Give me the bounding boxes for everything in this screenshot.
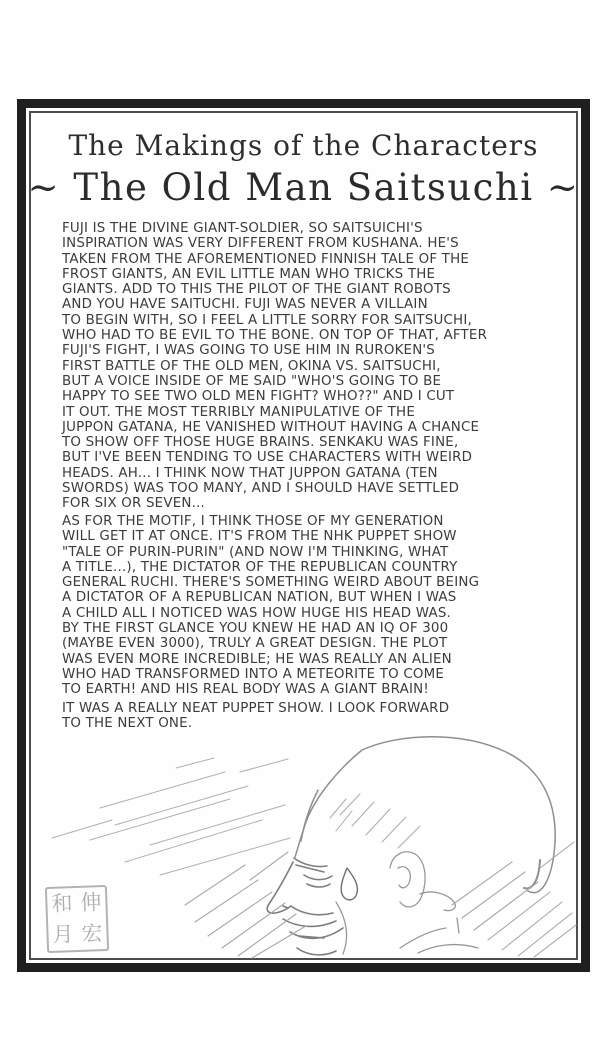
text-line: FOR SIX OR SEVEN...	[62, 496, 562, 511]
seal-kanji: 宏	[77, 918, 107, 950]
text-line: SWORDS) WAS TOO MANY, AND I SHOULD HAVE …	[62, 481, 562, 496]
text-line: TO SHOW OFF THOSE HUGE BRAINS. SENKAKU W…	[62, 435, 562, 450]
artist-seal-stamp: 和 伸 月 宏	[45, 885, 109, 953]
paragraph-3: IT WAS A REALLY NEAT PUPPET SHOW. I LOOK…	[62, 701, 562, 732]
text-line: TO THE NEXT ONE.	[62, 716, 562, 731]
old-man-sketch	[28, 736, 583, 962]
text-line: INSPIRATION WAS VERY DIFFERENT FROM KUSH…	[62, 236, 562, 251]
text-line: TO EARTH! AND HIS REAL BODY WAS A GIANT …	[62, 682, 562, 697]
text-line: WHO HAD TRANSFORMED INTO A METEORITE TO …	[62, 667, 562, 682]
text-line: JUPPON GATANA, HE VANISHED WITHOUT HAVIN…	[62, 420, 562, 435]
text-line: HAPPY TO SEE TWO OLD MEN FIGHT? WHO??" A…	[62, 389, 562, 404]
text-line: A DICTATOR OF A REPUBLICAN NATION, BUT W…	[62, 590, 562, 605]
text-line: FUJI'S FIGHT, I WAS GOING TO USE HIM IN …	[62, 343, 562, 358]
text-line: GENERAL RUCHI. THERE'S SOMETHING WEIRD A…	[62, 575, 562, 590]
text-line: (MAYBE EVEN 3000), TRULY A GREAT DESIGN.…	[62, 636, 562, 651]
character-title: ~ The Old Man Saitsuchi ~	[17, 166, 590, 209]
text-line: IT WAS A REALLY NEAT PUPPET SHOW. I LOOK…	[62, 701, 562, 716]
text-line: HEADS. AH... I THINK NOW THAT JUPPON GAT…	[62, 466, 562, 481]
text-line: TO BEGIN WITH, SO I FEEL A LITTLE SORRY …	[62, 313, 562, 328]
seal-kanji: 伸	[76, 887, 106, 919]
text-line: GIANTS. ADD TO THIS THE PILOT OF THE GIA…	[62, 282, 562, 297]
text-line: BUT I'VE BEEN TENDING TO USE CHARACTERS …	[62, 450, 562, 465]
text-line: "TALE OF PURIN-PURIN" (AND NOW I'M THINK…	[62, 545, 562, 560]
text-line: A CHILD ALL I NOTICED WAS HOW HUGE HIS H…	[62, 606, 562, 621]
text-line: FUJI IS THE DIVINE GIANT-SOLDIER, SO SAI…	[62, 221, 562, 236]
text-line: BUT A VOICE INSIDE OF ME SAID "WHO'S GOI…	[62, 374, 562, 389]
text-line: WAS EVEN MORE INCREDIBLE; HE WAS REALLY …	[62, 652, 562, 667]
text-line: FIRST BATTLE OF THE OLD MEN, OKINA VS. S…	[62, 359, 562, 374]
manga-liner-notes-page: The Makings of the Characters ~ The Old …	[0, 0, 611, 1044]
seal-kanji: 和	[47, 888, 77, 920]
seal-kanji: 月	[48, 919, 78, 951]
text-line: IT OUT. THE MOST TERRIBLY MANIPULATIVE O…	[62, 405, 562, 420]
text-line: WILL GET IT AT ONCE. IT'S FROM THE NHK P…	[62, 529, 562, 544]
paragraph-1: FUJI IS THE DIVINE GIANT-SOLDIER, SO SAI…	[62, 221, 562, 512]
paragraph-2: AS FOR THE MOTIF, I THINK THOSE OF MY GE…	[62, 514, 562, 698]
text-line: TAKEN FROM THE AFOREMENTIONED FINNISH TA…	[62, 252, 562, 267]
text-line: FROST GIANTS, AN EVIL LITTLE MAN WHO TRI…	[62, 267, 562, 282]
text-line: AND YOU HAVE SAITUCHI. FUJI WAS NEVER A …	[62, 297, 562, 312]
text-line: A TITLE...), THE DICTATOR OF THE REPUBLI…	[62, 560, 562, 575]
page-title: The Makings of the Characters	[17, 129, 590, 162]
text-line: WHO HAD TO BE EVIL TO THE BONE. ON TOP O…	[62, 328, 562, 343]
text-line: BY THE FIRST GLANCE YOU KNEW HE HAD AN I…	[62, 621, 562, 636]
text-line: AS FOR THE MOTIF, I THINK THOSE OF MY GE…	[62, 514, 562, 529]
